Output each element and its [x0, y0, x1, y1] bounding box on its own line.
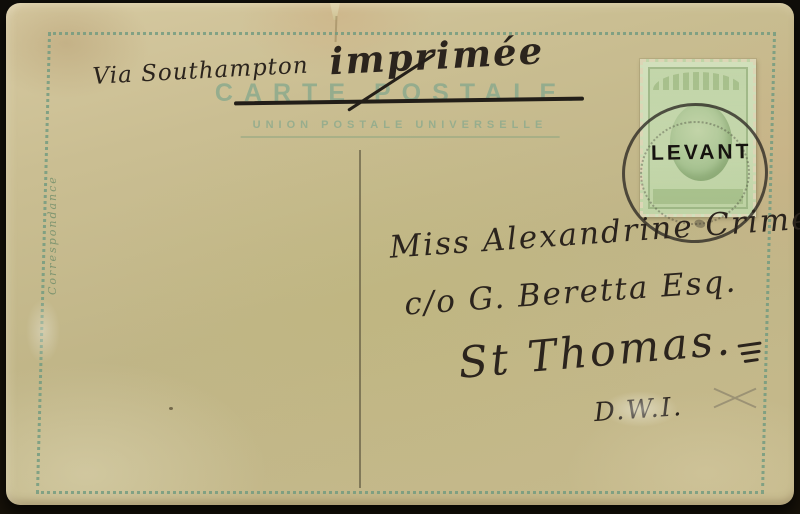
- ink-speck: [169, 407, 173, 410]
- pencil-x-mark: [712, 383, 758, 413]
- union-postale-subtitle: UNION POSTALE UNIVERSELLE: [241, 119, 560, 138]
- correspondance-side-label: Correspondance: [46, 175, 59, 295]
- white-scuff-mark: [602, 391, 678, 427]
- center-divider-line: [359, 150, 361, 488]
- levant-overprint: LEVANT: [651, 140, 752, 166]
- photo-background: Correspondance Via Southampton imprimée …: [0, 0, 800, 514]
- triple-dash-ink-mark: [737, 341, 764, 368]
- postcard: Correspondance Via Southampton imprimée …: [6, 3, 794, 505]
- left-edge-scuff: [26, 299, 60, 363]
